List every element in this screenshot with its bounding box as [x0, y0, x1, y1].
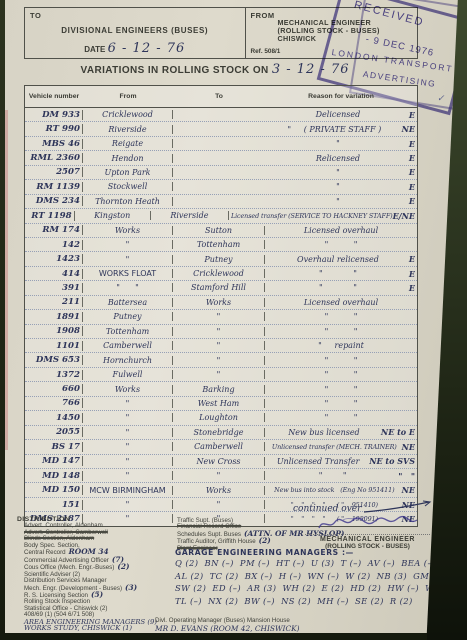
- cell-vehicle-number: MBS 46: [25, 139, 83, 149]
- garage-code-line: Q (2) BN (–) PM (–) HT (–) U (3) T (–) A…: [175, 557, 421, 570]
- table-row: RM 1139Stockwell"E: [25, 180, 417, 194]
- cell-reason: Licensed transfer (SERVICE TO HACKNEY ST…: [229, 211, 417, 221]
- table-row: DMS 234Thornton Heath"E: [25, 195, 417, 209]
- cell-reason: " ": [265, 399, 417, 408]
- handwritten-note: ROOM 34: [69, 547, 109, 556]
- cell-vehicle-number: MD 150: [25, 485, 83, 495]
- to-label: TO: [30, 11, 41, 20]
- reason-text: " ": [267, 269, 409, 278]
- operating-manager-note: Divl. Operating Manager (Buses) Mansion …: [155, 617, 330, 624]
- cell-vehicle-number: 391: [25, 283, 83, 293]
- cell-from: Battersea: [83, 298, 173, 307]
- reason-text: New bus licensed: [267, 428, 381, 437]
- reason-text: " ": [267, 385, 415, 394]
- cell-reason: " "E: [265, 283, 417, 293]
- status-code: E: [409, 139, 415, 149]
- table-row: BS 17"CamberwellUnlicensed transfer (MEC…: [25, 440, 417, 454]
- cell-vehicle-number: RM 174: [25, 225, 83, 235]
- cell-from: WORKS FLOAT: [83, 269, 173, 278]
- cell-reason: Licensed overhaul: [265, 298, 417, 307]
- cell-from: " ": [83, 283, 173, 292]
- cell-from: Riverside: [83, 125, 173, 134]
- date-label: DATE: [84, 45, 105, 54]
- cell-from: ": [83, 471, 173, 480]
- col-header-from: From: [83, 93, 173, 100]
- distribution-item-text: WORKS STUDY, CHISWICK (1): [24, 624, 132, 632]
- table-row: 1908Tottenham"" ": [25, 325, 417, 339]
- status-code: E: [409, 167, 415, 177]
- table-row: MD 148""" "" ": [25, 469, 417, 483]
- col-header-reason: Reason for variation: [265, 93, 417, 100]
- date-line: DATE 6 - 12 - 76: [25, 41, 245, 56]
- cell-to: Works: [173, 298, 265, 307]
- status-code: E/NE: [393, 211, 415, 221]
- handwritten-note: (3): [125, 583, 137, 592]
- signature-title-2: (ROLLING STOCK - BUSES): [305, 543, 430, 550]
- status-code: E: [409, 182, 415, 192]
- cell-from: ": [83, 428, 173, 437]
- table-row: 1372Fulwell"" ": [25, 368, 417, 382]
- to-box: TO DIVISIONAL ENGINEERS (BUSES) DATE 6 -…: [25, 8, 246, 58]
- cell-to: ": [173, 312, 265, 321]
- table-row: 1423"PutneyOverhaul relicensedE: [25, 252, 417, 266]
- distribution-item-text: Mech. Engr. (Development - Buses): [24, 585, 122, 592]
- cell-reason: " ": [265, 356, 417, 365]
- cell-vehicle-number: RML 2360: [25, 153, 83, 163]
- table-row: 766"West Ham" ": [25, 397, 417, 411]
- cell-reason: " "" ": [265, 471, 417, 481]
- cell-to: ": [173, 370, 265, 379]
- cell-vehicle-number: 766: [25, 398, 83, 408]
- reason-text: Licensed overhaul: [267, 226, 415, 235]
- distribution-item: WORKS STUDY, CHISWICK (1): [24, 625, 169, 631]
- col-header-vehicle: Vehicle number: [25, 93, 83, 100]
- distribution-item-text: Distribution Services Manager: [24, 577, 107, 584]
- cell-vehicle-number: 414: [25, 269, 83, 279]
- cell-from: Cricklewood: [83, 110, 173, 119]
- reason-text: ": [267, 197, 409, 206]
- distribution-item-text: Commercial Advertising Officer: [24, 557, 109, 564]
- evans-handwritten-note: MR D. EVANS (ROOM 42, CHISWICK): [155, 624, 345, 633]
- traffic-item-text: Financial Record Office: [177, 523, 241, 530]
- status-code: NE: [402, 485, 415, 495]
- cell-reason: " repaint: [265, 341, 417, 350]
- cell-to: ": [173, 356, 265, 365]
- cell-reason: " ": [265, 240, 417, 249]
- cell-vehicle-number: 2507: [25, 167, 83, 177]
- table-row: 1450"Loughton" ": [25, 411, 417, 425]
- cell-reason: DelicensedE: [265, 110, 417, 120]
- form-title: VARIATIONS IN ROLLING STOCK ON 3 - 12 - …: [5, 62, 425, 77]
- status-code: NE to SVS: [369, 456, 415, 466]
- cell-from: ": [83, 413, 173, 422]
- distribution-item-text: Central Record: [24, 549, 66, 556]
- garage-codes-list: Q (2) BN (–) PM (–) HT (–) U (3) T (–) A…: [175, 557, 421, 607]
- status-code: E: [409, 254, 415, 264]
- cell-vehicle-number: 1450: [25, 413, 83, 423]
- reason-text: Unlicensed Transfer: [267, 457, 369, 466]
- cell-vehicle-number: 660: [25, 384, 83, 394]
- variations-table: Vehicle number From To Reason for variat…: [24, 85, 418, 527]
- cell-reason: New bus licensedNE to E: [265, 427, 417, 437]
- cell-from: Stockwell: [83, 182, 173, 191]
- table-row: RML 2360HendonRelicensedE: [25, 151, 417, 165]
- to-value: DIVISIONAL ENGINEERS (BUSES): [25, 26, 245, 35]
- cell-vehicle-number: DMS 653: [25, 355, 83, 365]
- cell-reason: New bus into stock (Eng No 951411)NE: [265, 485, 417, 495]
- cell-reason: " ": [265, 370, 417, 379]
- cell-from: Works: [83, 385, 173, 394]
- cell-to: Stonebridge: [173, 428, 265, 437]
- cell-vehicle-number: RT 1198: [25, 211, 75, 221]
- cell-to: Barking: [173, 385, 265, 394]
- cell-vehicle-number: 1891: [25, 312, 83, 322]
- garage-code-line: TL (–) NX (2) BW (–) NS (2) MH (–) SE (2…: [175, 595, 421, 608]
- cell-to: West Ham: [173, 399, 265, 408]
- cell-from: Upton Park: [83, 168, 173, 177]
- cell-from: Thornton Heath: [83, 197, 173, 206]
- handwritten-note: (5): [91, 590, 103, 599]
- reason-text: " ": [267, 327, 415, 336]
- reason-text: ": [267, 168, 409, 177]
- cell-to: Putney: [173, 255, 265, 264]
- cell-reason: " ": [265, 327, 417, 336]
- table-row: RM 174WorksSuttonLicensed overhaul: [25, 224, 417, 238]
- form-title-printed: VARIATIONS IN ROLLING STOCK ON: [81, 65, 269, 76]
- reason-text: Relicensed: [267, 154, 409, 163]
- table-row: 1101Camberwell"" repaint: [25, 339, 417, 353]
- cell-from: ": [83, 240, 173, 249]
- cell-from: ": [83, 457, 173, 466]
- reason-text: " ": [267, 240, 415, 249]
- cell-to: Sutton: [173, 226, 265, 235]
- cell-to: Tottenham: [173, 240, 265, 249]
- table-row: 2055"StonebridgeNew bus licensedNE to E: [25, 426, 417, 440]
- signature-scribble: [313, 514, 423, 534]
- cell-to: ": [173, 341, 265, 350]
- cell-vehicle-number: 211: [25, 297, 83, 307]
- reason-text: ": [267, 182, 409, 191]
- status-code: E: [409, 196, 415, 206]
- cell-from: MCW BIRMINGHAM: [83, 486, 173, 495]
- reference-number: Ref. 508/1: [251, 48, 281, 55]
- cell-from: Putney: [83, 312, 173, 321]
- table-row: MD 150MCW BIRMINGHAMWorksNew bus into st…: [25, 483, 417, 497]
- cell-from: Hendon: [83, 154, 173, 163]
- reason-text: " ": [267, 399, 415, 408]
- reason-text: Licensed overhaul: [267, 298, 415, 307]
- handwritten-note: (2): [117, 562, 129, 571]
- reason-text: " repaint: [267, 341, 415, 350]
- reason-text: " ": [267, 370, 415, 379]
- cell-vehicle-number: 151: [25, 500, 83, 510]
- reason-text: " ": [267, 356, 415, 365]
- reason-text: Unlicensed transfer (MECH. TRAINER): [267, 443, 402, 451]
- cell-vehicle-number: 1423: [25, 254, 83, 264]
- cell-from: Works: [83, 226, 173, 235]
- table-row: 414WORKS FLOATCricklewood" "E: [25, 267, 417, 281]
- status-code: E: [409, 283, 415, 293]
- status-code: NE: [402, 442, 415, 452]
- cell-from: Kingston: [75, 211, 151, 220]
- table-row: 660WorksBarking" ": [25, 382, 417, 396]
- table-row: RT 1198KingstonRiversideLicensed transfe…: [25, 209, 417, 223]
- cell-reason: " ( PRIVATE STAFF )NE: [265, 124, 417, 134]
- cell-reason: "E: [265, 196, 417, 206]
- cell-vehicle-number: BS 17: [25, 442, 83, 452]
- scanned-form-paper: TO DIVISIONAL ENGINEERS (BUSES) DATE 6 -…: [5, 0, 461, 633]
- garage-code-line: SW (2) ED (–) AR (3) WH (2) E (2) HD (2)…: [175, 582, 421, 595]
- reason-text: Overhaul relicensed: [267, 255, 409, 264]
- table-row: MD 147"New CrossUnlicensed TransferNE to…: [25, 455, 417, 469]
- reason-text: " ( PRIVATE STAFF ): [267, 125, 402, 134]
- distribution-item: Central RecordROOM 34: [24, 549, 169, 556]
- table-row: 211BatterseaWorksLicensed overhaul: [25, 296, 417, 310]
- reason-text: New bus into stock (Eng No 951411): [267, 486, 402, 494]
- cell-reason: Unlicensed TransferNE to SVS: [265, 456, 417, 466]
- continued-note: continued over: [293, 500, 433, 514]
- cell-vehicle-number: DMS 234: [25, 196, 83, 206]
- cell-vehicle-number: RT 990: [25, 124, 83, 134]
- date-handwritten: 6 - 12 - 76: [108, 41, 186, 56]
- status-code: E: [409, 269, 415, 279]
- cell-reason: "E: [265, 139, 417, 149]
- reason-text: Licensed transfer (SERVICE TO HACKNEY ST…: [231, 212, 393, 220]
- cell-from: ": [83, 500, 173, 509]
- cell-to: New Cross: [173, 457, 265, 466]
- table-row: 391" "Stamford Hill" "E: [25, 281, 417, 295]
- distribution-list: Advert. Controller, AldenhamAdvert. Cont…: [17, 523, 169, 631]
- status-code: " ": [398, 471, 415, 481]
- cell-to: Works: [173, 486, 265, 495]
- cell-from: Camberwell: [83, 341, 173, 350]
- table-row: 1891Putney"" ": [25, 310, 417, 324]
- table-row: DMS 653Hornchurch"" ": [25, 353, 417, 367]
- status-code: E: [409, 110, 415, 120]
- cell-from: Tottenham: [83, 327, 173, 336]
- cell-reason: "E: [265, 182, 417, 192]
- cell-vehicle-number: 1372: [25, 370, 83, 380]
- cell-vehicle-number: RM 1139: [25, 182, 83, 192]
- handwritten-note: (2): [259, 536, 271, 545]
- cell-reason: " "E: [265, 269, 417, 279]
- cell-vehicle-number: DM 933: [25, 110, 83, 120]
- cell-from: ": [83, 442, 173, 451]
- continued-arrow-icon: [363, 500, 433, 514]
- table-row: MBS 46Reigate"E: [25, 137, 417, 151]
- cell-reason: " ": [265, 312, 417, 321]
- reason-text: " ": [267, 471, 398, 480]
- cell-from: ": [83, 399, 173, 408]
- cell-to: Riverside: [151, 211, 229, 220]
- status-code: E: [409, 153, 415, 163]
- continued-text: continued over: [293, 504, 361, 514]
- cell-vehicle-number: 1101: [25, 341, 83, 351]
- garage-code-line: AL (2) TC (2) BX (–) H (–) WN (–) W (2) …: [175, 570, 421, 583]
- cell-vehicle-number: MD 148: [25, 471, 83, 481]
- cell-to: ": [173, 471, 265, 480]
- stamp-date: - 9 DEC 1976: [365, 34, 435, 59]
- cell-reason: " ": [265, 385, 417, 394]
- signature-block: MECHANICAL ENGINEER (ROLLING STOCK - BUS…: [305, 514, 430, 550]
- cell-reason: Unlicensed transfer (MECH. TRAINER)NE: [265, 442, 417, 452]
- cell-reason: Licensed overhaul: [265, 226, 417, 235]
- cell-from: Fulwell: [83, 370, 173, 379]
- cell-reason: Overhaul relicensedE: [265, 254, 417, 264]
- table-row: DM 933CricklewoodDelicensedE: [25, 108, 417, 122]
- status-code: NE to E: [381, 427, 415, 437]
- form-title-date-handwritten: 3 - 12 - 76: [272, 62, 350, 77]
- table-body: DM 933CricklewoodDelicensedERT 990Rivers…: [25, 108, 417, 526]
- traffic-item-text: Schedules Supt. Buses: [177, 531, 241, 538]
- distribution-block: DISTRIBUTION Advert. Controller, Aldenha…: [17, 517, 169, 632]
- from-label: FROM: [251, 11, 275, 20]
- margin-check-mark: ✓: [437, 94, 445, 104]
- cell-reason: "E: [265, 167, 417, 177]
- cell-to: ": [173, 327, 265, 336]
- reason-text: Delicensed: [267, 110, 409, 119]
- cell-reason: " ": [265, 413, 417, 422]
- cell-from: Reigate: [83, 139, 173, 148]
- table-row: 2507Upton Park"E: [25, 166, 417, 180]
- table-row: 142"Tottenham" ": [25, 238, 417, 252]
- cell-vehicle-number: 1908: [25, 326, 83, 336]
- cell-to: Loughton: [173, 413, 265, 422]
- cell-reason: RelicensedE: [265, 153, 417, 163]
- cell-to: Cricklewood: [173, 269, 265, 278]
- cell-from: Hornchurch: [83, 356, 173, 365]
- cell-vehicle-number: 142: [25, 240, 83, 250]
- reason-text: ": [267, 139, 409, 148]
- table-row: RT 990Riverside" ( PRIVATE STAFF )NE: [25, 122, 417, 136]
- cell-to: ": [173, 500, 265, 509]
- cell-to: Stamford Hill: [173, 283, 265, 292]
- status-code: NE: [402, 124, 415, 134]
- reason-text: " ": [267, 413, 415, 422]
- cell-vehicle-number: 2055: [25, 427, 83, 437]
- cell-to: Camberwell: [173, 442, 265, 451]
- cell-vehicle-number: MD 147: [25, 456, 83, 466]
- reason-text: " ": [267, 312, 415, 321]
- signature-title-1: MECHANICAL ENGINEER: [305, 534, 430, 543]
- garage-managers-block: GARAGE ENGINEERING MANAGERS :— Q (2) BN …: [175, 548, 421, 607]
- scan-artifact-streak: [5, 110, 8, 450]
- stamp-received: RECEIVED: [353, 0, 426, 29]
- reason-text: " ": [267, 283, 409, 292]
- cell-from: ": [83, 255, 173, 264]
- table-header-row: Vehicle number From To Reason for variat…: [25, 86, 417, 108]
- col-header-to: To: [173, 93, 265, 100]
